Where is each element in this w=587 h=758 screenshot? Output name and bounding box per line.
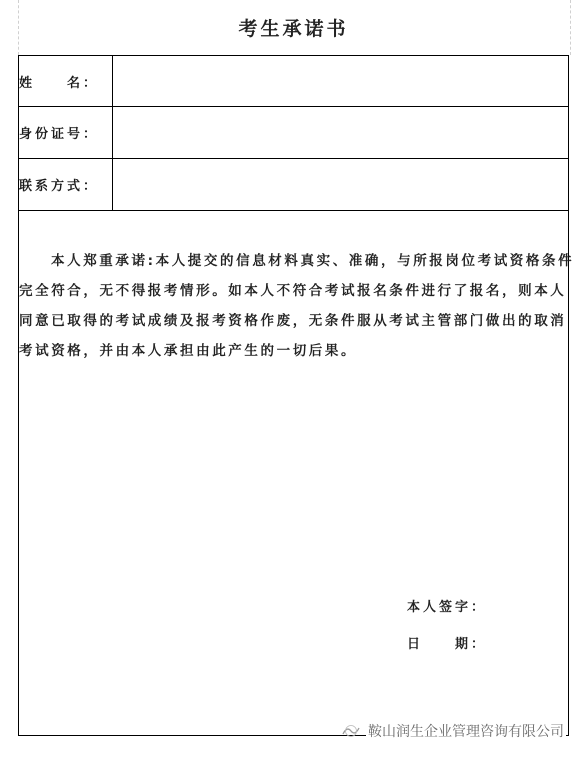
field-value-contact[interactable]	[113, 159, 568, 210]
document-title: 考生承诺书	[0, 14, 587, 41]
field-label-id-number: 身份证号：	[19, 107, 113, 158]
field-value-id-number[interactable]	[113, 107, 568, 158]
pledge-statement: 本人郑重承诺:本人提交的信息材料真实、准确，与所报岗位考试资格条件 完全符合，无…	[19, 246, 568, 366]
field-value-name[interactable]	[113, 56, 568, 106]
watermark: 鞍山润生企业管理咨询有限公司	[342, 721, 566, 741]
form-row-name: 姓 名：	[19, 56, 568, 107]
signature-label: 本人签字：	[407, 596, 487, 615]
pledge-line: 本人郑重承诺:本人提交的信息材料真实、准确，与所报岗位考试资格条件	[19, 246, 568, 276]
watermark-text: 鞍山润生企业管理咨询有限公司	[366, 721, 566, 741]
field-label-name: 姓 名：	[19, 56, 113, 106]
pledge-line: 同意已取得的考试成绩及报考资格作废，无条件服从考试主管部门做出的取消	[19, 306, 568, 336]
pledge-form-table: 姓 名： 身份证号： 联系方式： 本人郑重承诺:本人提交的信息材料真实、准确，与…	[18, 55, 569, 736]
pledge-line: 完全符合，无不得报考情形。如本人不符合考试报名条件进行了报名，则本人	[19, 276, 568, 306]
date-label: 日 期：	[407, 633, 487, 652]
form-row-id-number: 身份证号：	[19, 107, 568, 159]
form-row-contact: 联系方式：	[19, 159, 568, 211]
wechat-channel-icon	[342, 724, 360, 738]
pledge-line: 考试资格，并由本人承担由此产生的一切后果。	[19, 336, 568, 366]
field-label-contact: 联系方式：	[19, 159, 113, 210]
